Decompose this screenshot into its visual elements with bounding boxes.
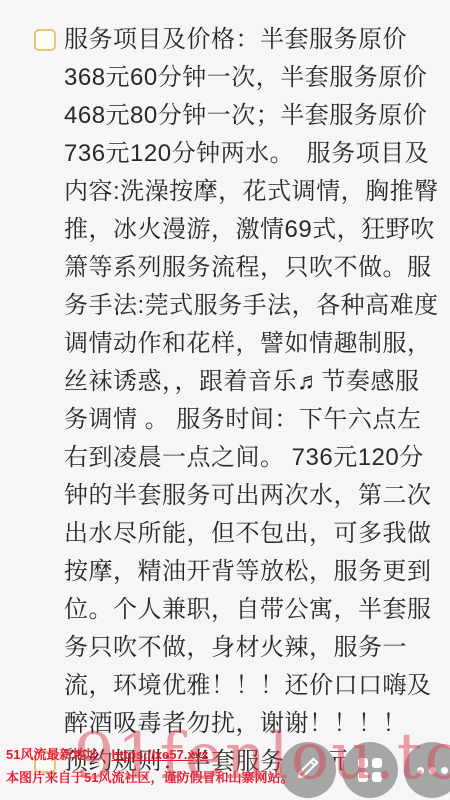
text-line: 钟的半套服务可出两次水，第二次 bbox=[64, 477, 428, 515]
forum-notice-line1: 51风流最新地址：https://xe57.xyz bbox=[6, 743, 293, 766]
text-line: 务调情 。 服务时间：下午六点左 bbox=[64, 401, 428, 439]
text-line: 务只吹不做，身材火辣，服务一 bbox=[64, 629, 428, 667]
forum-url-link[interactable]: https://xe57.xyz bbox=[111, 747, 208, 762]
text-line: 出水尽所能，但不包出，可多我做 bbox=[64, 515, 428, 553]
post-text: 服务项目及价格：半套服务原价 368元60分钟一次，半套服务原价 468元80分… bbox=[64, 21, 428, 743]
text-line: 醉酒吸毒者勿扰，谢谢！！！！ bbox=[64, 705, 428, 743]
checkbox-icon[interactable] bbox=[34, 29, 56, 51]
screenshot-page: 服务项目及价格：半套服务原价 368元60分钟一次，半套服务原价 468元80分… bbox=[0, 0, 450, 800]
service-post-item: 服务项目及价格：半套服务原价 368元60分钟一次，半套服务原价 468元80分… bbox=[34, 21, 428, 743]
text-line: 位。个人兼职，自带公寓，半套服 bbox=[64, 591, 428, 629]
ellipsis-icon bbox=[414, 767, 450, 774]
text-line: 468元80分钟一次；半套服务原价 bbox=[64, 97, 428, 135]
pencil-icon bbox=[295, 755, 321, 786]
text-line: 右到凌晨一点之间。 736元120分 bbox=[64, 439, 428, 477]
text-line: 服务项目及价格：半套服务原价 bbox=[64, 21, 428, 59]
text-line: 736元120分钟两水。 服务项目及 bbox=[64, 135, 428, 173]
text-line: 内容:洗澡按摩，花式调情，胸推臀 bbox=[64, 173, 428, 211]
apps-button[interactable] bbox=[342, 742, 398, 798]
post-content: 服务项目及价格：半套服务原价 368元60分钟一次，半套服务原价 468元80分… bbox=[34, 21, 428, 781]
text-line: 箫等系列服务流程，只吹不做。服 bbox=[64, 249, 428, 287]
floating-action-buttons bbox=[280, 742, 450, 798]
grid-icon bbox=[358, 758, 382, 782]
more-button[interactable] bbox=[404, 742, 450, 798]
text-line: 调情动作和花样，譬如情趣制服， bbox=[64, 325, 428, 363]
forum-notice: 51风流最新地址：https://xe57.xyz 本图片来自于51风流社区，谨… bbox=[6, 743, 293, 789]
text-line: 务手法:莞式服务手法，各种高难度 bbox=[64, 287, 428, 325]
forum-address-label: 51风流最新地址： bbox=[6, 747, 111, 762]
text-line: 按摩，精油开背等放松，服务更到 bbox=[64, 553, 428, 591]
forum-notice-line2: 本图片来自于51风流社区，谨防假冒和山寨网站。 bbox=[6, 766, 293, 789]
text-line: 368元60分钟一次，半套服务原价 bbox=[64, 59, 428, 97]
text-line: 丝袜诱惑，，跟着音乐♬节奏感服 bbox=[64, 363, 428, 401]
text-line: 推，冰火漫游，激情69式，狂野吹 bbox=[64, 211, 428, 249]
text-line: 流，环境优雅！！！还价口口嗨及 bbox=[64, 667, 428, 705]
